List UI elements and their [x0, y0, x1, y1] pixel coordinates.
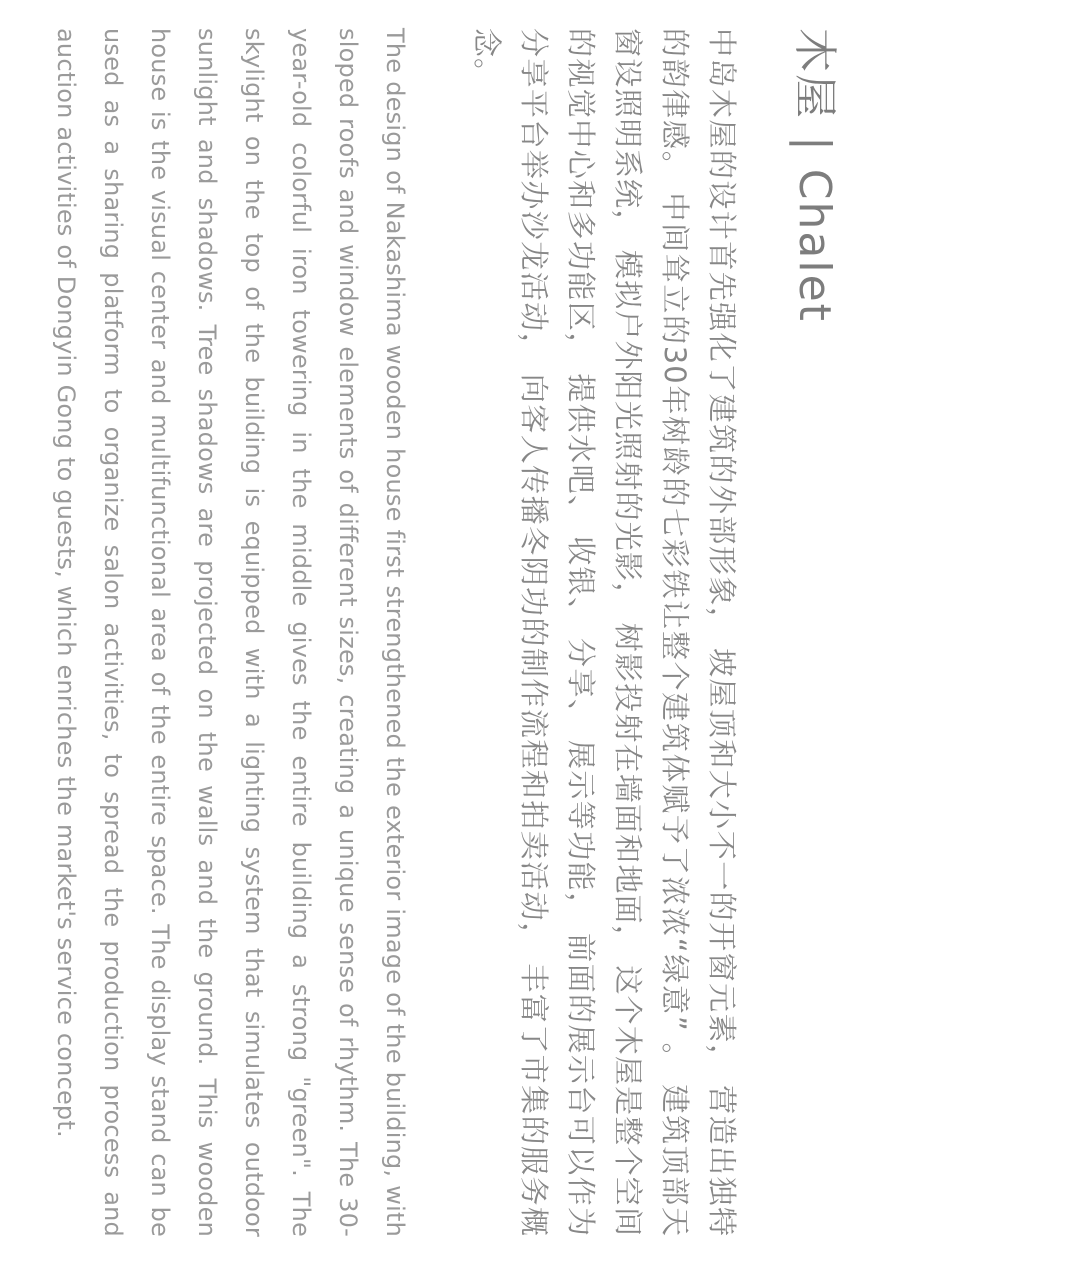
rotated-document-page: 木屋 | Chalet 中岛木屋的设计首先强化了建筑的外部形象， 坡屋顶和大小不…: [0, 0, 1080, 1265]
chinese-paragraph: 中岛木屋的设计首先强化了建筑的外部形象， 坡屋顶和大小不一的开窗元素， 营造出独…: [463, 28, 745, 1237]
english-paragraph: The design of Nakashima wooden house fir…: [42, 28, 418, 1237]
page-title: 木屋 | Chalet: [782, 28, 846, 1237]
page-viewport: 木屋 | Chalet 中岛木屋的设计首先强化了建筑的外部形象， 坡屋顶和大小不…: [0, 0, 1080, 1265]
